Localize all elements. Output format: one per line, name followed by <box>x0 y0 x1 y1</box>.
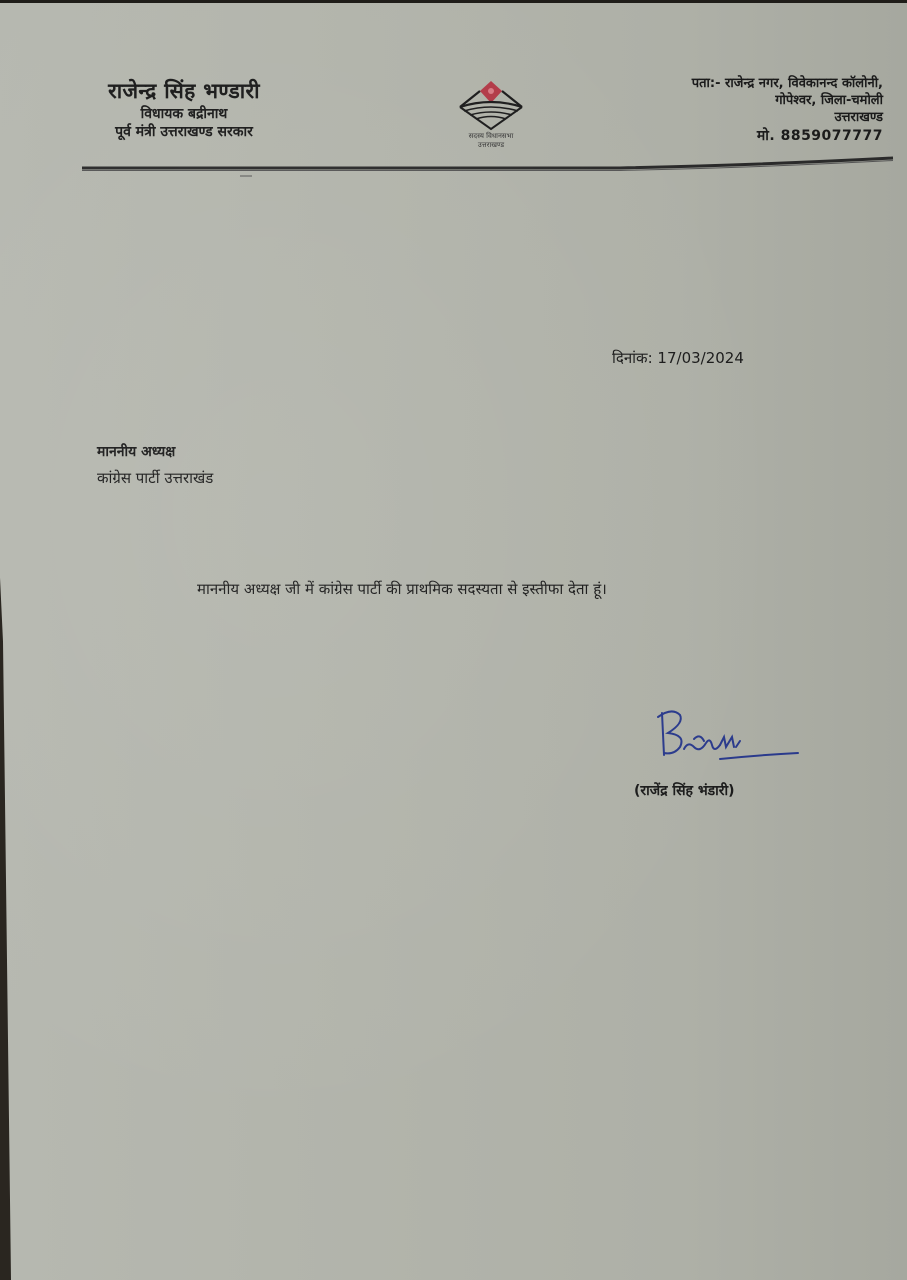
signatory-name: (राजेंद्र सिंह भंडारी) <box>634 781 735 800</box>
letterhead-address: पता:- राजेन्द्र नगर, विवेकानन्द कॉलोनी, … <box>563 75 883 145</box>
letter-paper: राजेन्द्र सिंह भण्डारी विधायक बद्रीनाथ प… <box>0 3 907 1280</box>
letterhead-divider <box>0 3 907 203</box>
letterhead-sender: राजेन्द्र सिंह भण्डारी विधायक बद्रीनाथ प… <box>84 77 284 141</box>
address-line-3: उत्तराखण्ड <box>563 109 883 126</box>
addressee-organization: कांग्रेस पार्टी उत्तराखंड <box>97 465 213 491</box>
address-line-1: पता:- राजेन्द्र नगर, विवेकानन्द कॉलोनी, <box>563 75 883 92</box>
phone-number: मो. 8859077777 <box>563 128 883 145</box>
handwritten-signature-icon <box>650 703 810 773</box>
letterhead-logo: सदस्य विधानसभा उत्तराखण्ड <box>454 79 528 159</box>
sender-designation: विधायक बद्रीनाथ <box>84 105 284 123</box>
logo-caption-1: सदस्य विधानसभा <box>454 132 528 140</box>
letter-date: दिनांक: 17/03/2024 <box>612 348 744 368</box>
addressee-title: माननीय अध्यक्ष <box>97 439 213 465</box>
logo-caption-2: उत्तराखण्ड <box>454 141 528 149</box>
uttarakhand-assembly-emblem-icon <box>456 79 526 131</box>
sender-name: राजेन्द्र सिंह भण्डारी <box>84 77 284 105</box>
address-line-2: गोपेश्वर, जिला-चमोली <box>563 92 883 109</box>
addressee-block: माननीय अध्यक्ष कांग्रेस पार्टी उत्तराखंड <box>97 439 213 491</box>
sender-former-post: पूर्व मंत्री उत्तराखण्ड सरकार <box>84 123 284 141</box>
date-label: दिनांक: <box>612 349 653 367</box>
letter-body: माननीय अध्यक्ष जी में कांग्रेस पार्टी की… <box>197 579 607 599</box>
date-value: 17/03/2024 <box>657 349 743 367</box>
